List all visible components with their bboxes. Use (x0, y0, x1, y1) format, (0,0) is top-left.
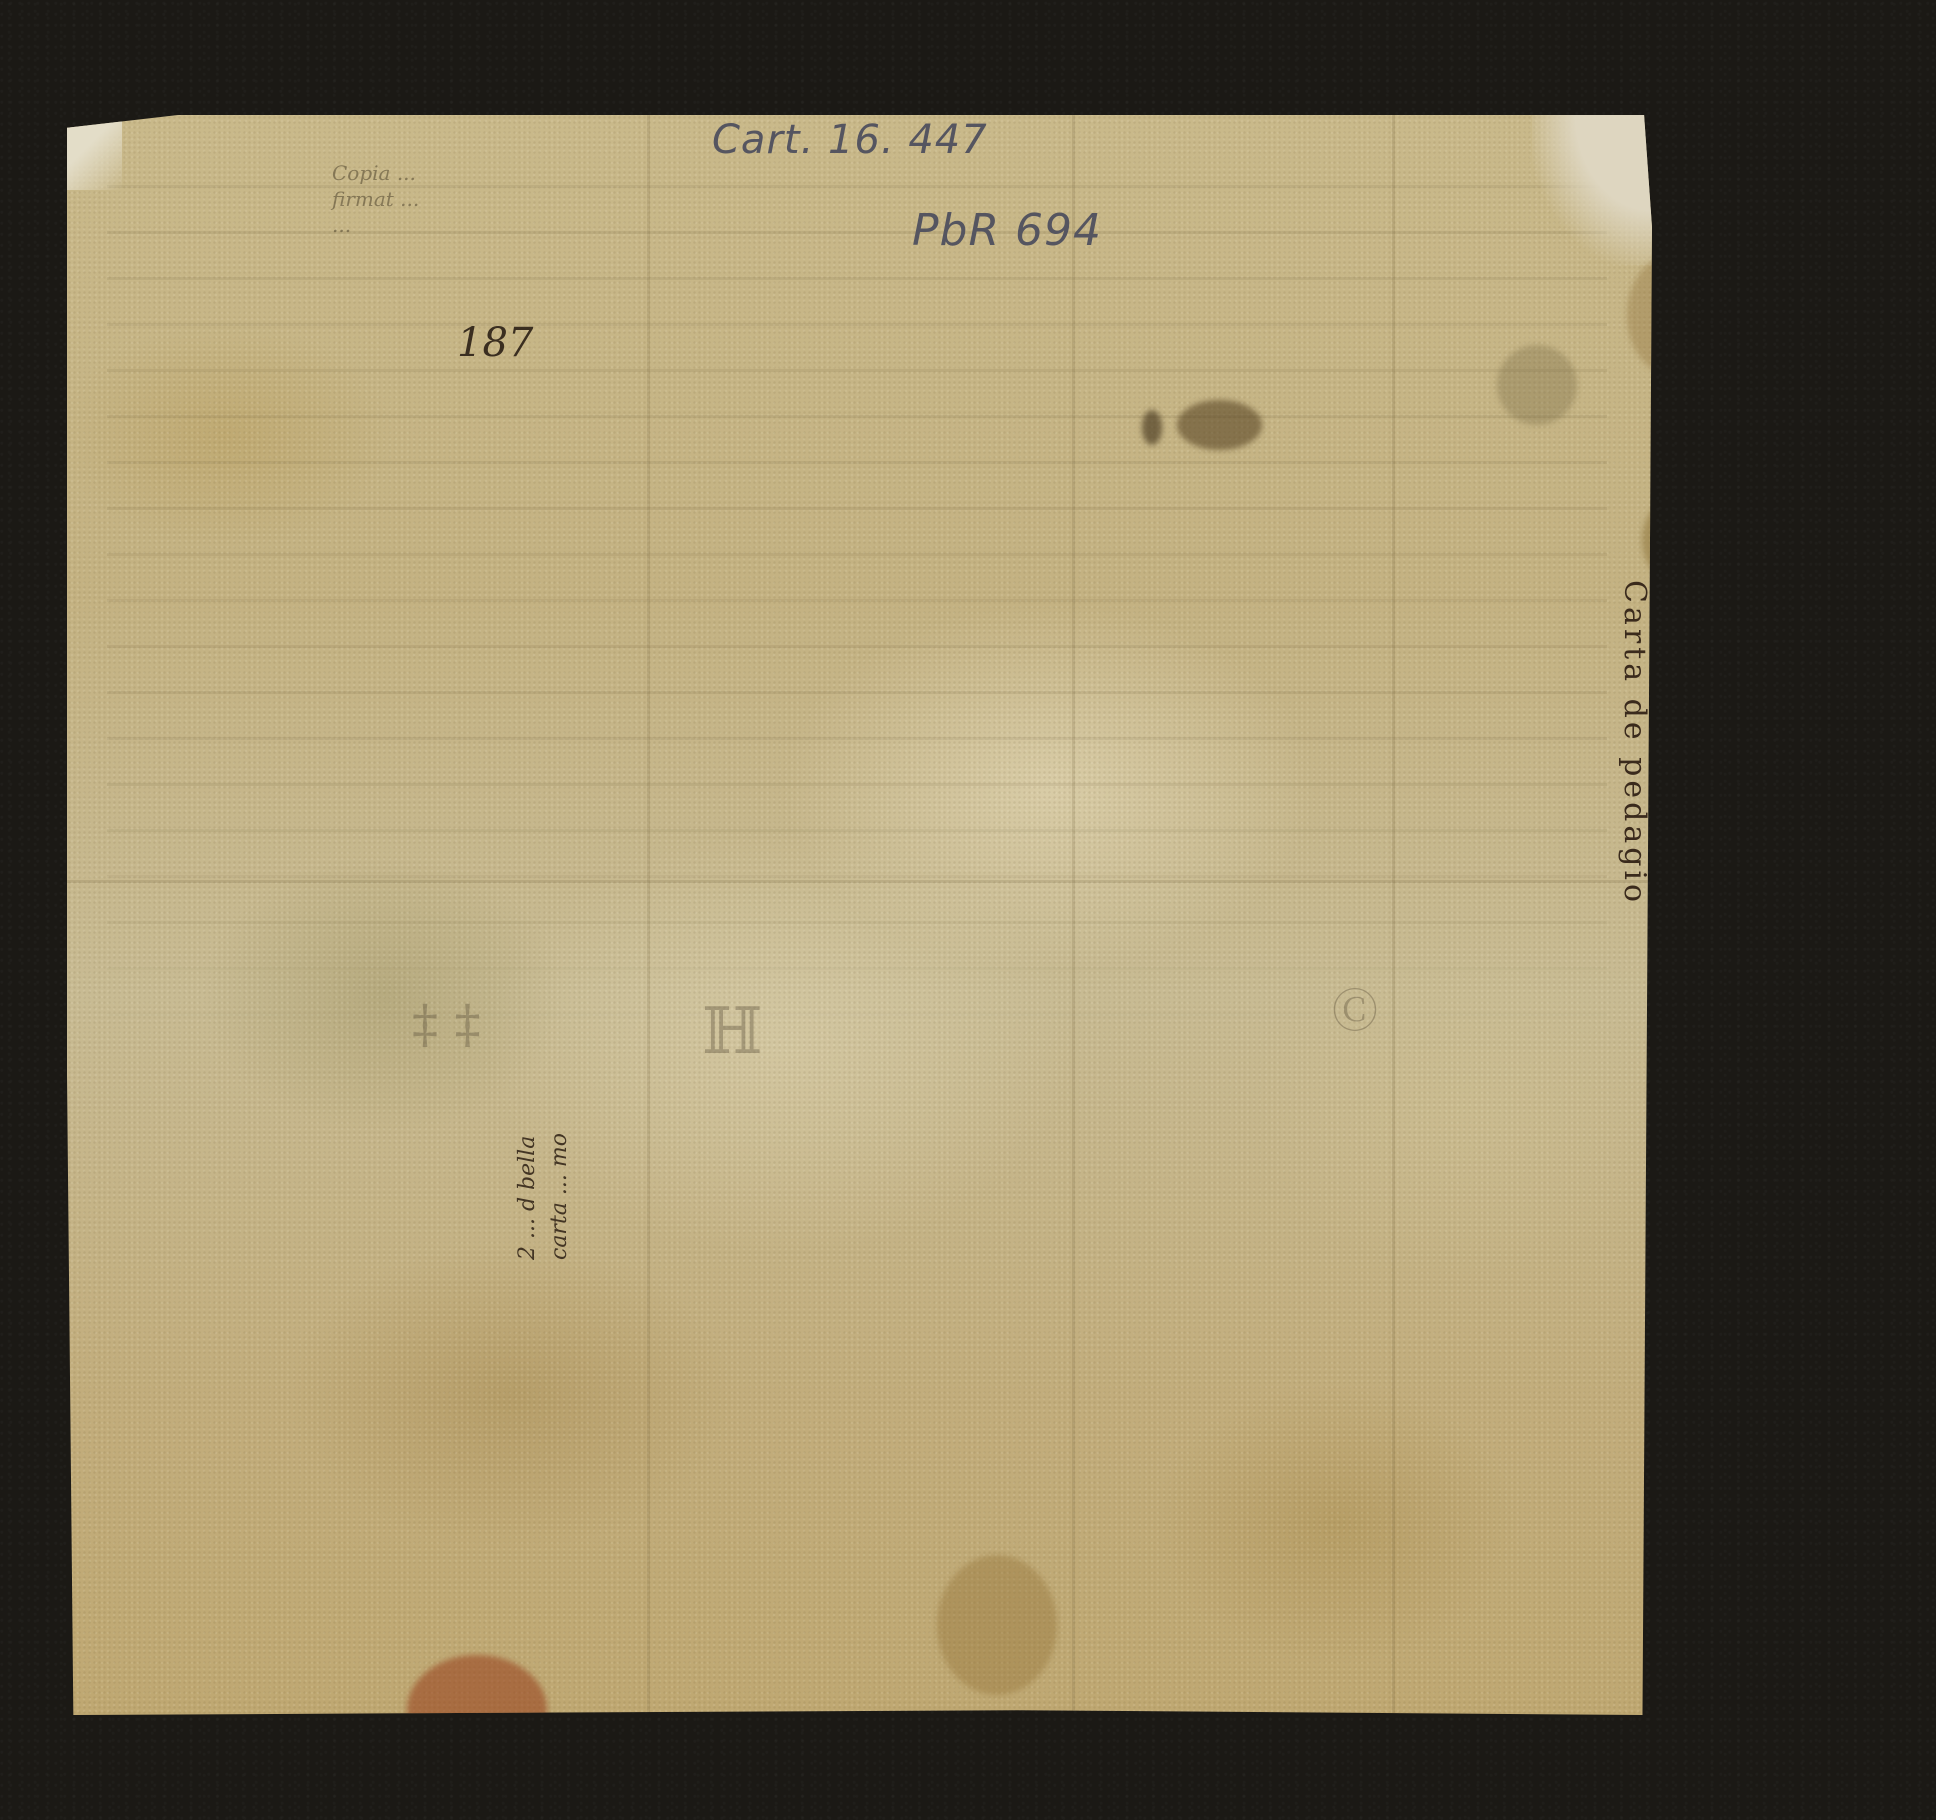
parchment-sheet: Cart. 16. 447 PbR 694 187 Copia ... firm… (67, 115, 1652, 1715)
folio-number: 187 (457, 320, 533, 366)
shelf-mark: PbR 694 (912, 205, 1102, 256)
ghost-cross-marks: ‡ ‡ (412, 995, 481, 1055)
vertical-note-right: Carta de pedagio (1617, 580, 1652, 906)
ghost-monogram: ℍ (702, 995, 762, 1069)
call-number: Cart. 16. 447 (712, 117, 988, 163)
fold-line-vertical-1 (647, 115, 650, 1715)
vertical-note-left: 2 ... d bella carta ... mo (512, 1133, 576, 1260)
fold-line-horizontal (67, 880, 1652, 883)
water-stain (937, 1555, 1057, 1695)
ink-stain (1177, 400, 1262, 450)
faint-archival-note: Copia ... firmat ... ... (332, 160, 426, 238)
ink-stain (1142, 410, 1162, 445)
faded-text-lines (107, 155, 1607, 1055)
ghost-seal-mark: Ⓒ (1332, 975, 1378, 1041)
fold-line-vertical-2 (1072, 115, 1075, 1715)
fold-line-vertical-3 (1392, 115, 1395, 1715)
water-stain (1497, 345, 1577, 425)
bleached-corner-top-right (1532, 115, 1652, 265)
